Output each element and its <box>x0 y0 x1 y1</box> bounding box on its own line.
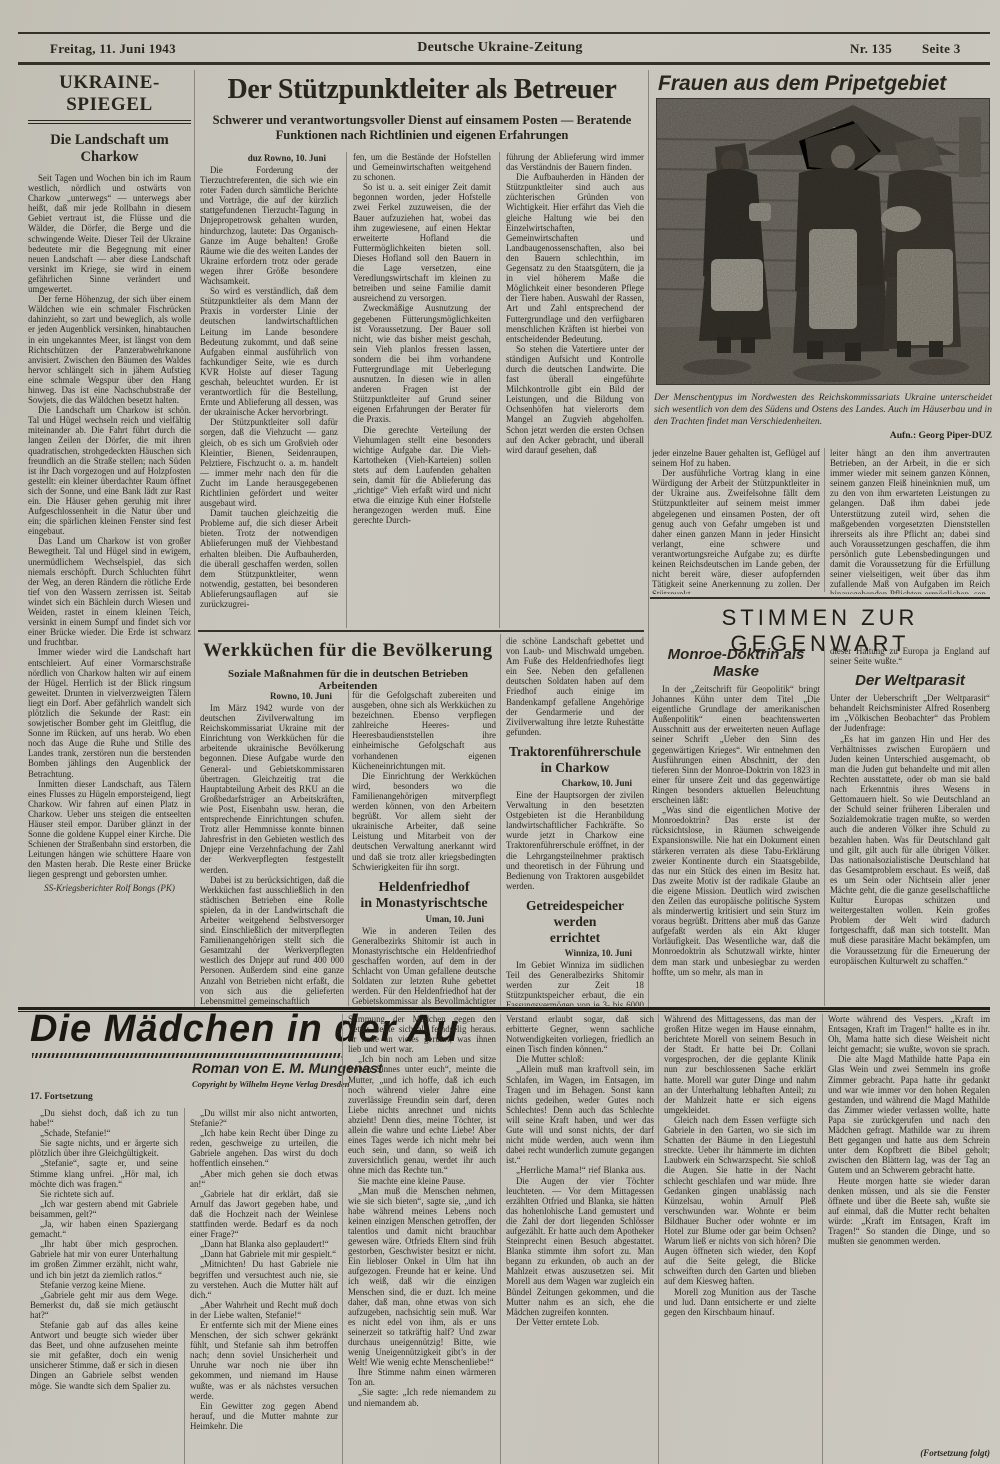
helden-text: Wie in anderen Teilen des Generalbezirks… <box>352 926 496 1006</box>
roman-col-1: „Du siehst doch, daß ich zu tun habe!“„S… <box>30 1108 178 1464</box>
paragraph: „Ich bin noch am Leben und sitze frohen … <box>348 1054 496 1175</box>
parasit-lead-end: dieser Haltung zu Europa ja England auf … <box>830 646 990 666</box>
roman-rule-5 <box>822 1014 823 1464</box>
spiegel-signature: SS-Kriegsberichter Rolf Bongs (PK) <box>28 883 191 893</box>
paragraph: Die alte Magd Mathilde hatte Papa ein Gl… <box>828 1054 990 1175</box>
paragraph: die schöne Landschaft gebettet und von L… <box>506 636 644 737</box>
lead-col-rule-2 <box>499 152 500 628</box>
lead-headline: Der Stützpunktleiter als Betreuer <box>200 74 644 106</box>
section-title: UKRAINE-SPIEGEL <box>28 72 191 124</box>
roman-col6-text: Worte während des Vespers. „Kraft im Ent… <box>828 1014 990 1246</box>
paragraph: „Du siehst doch, daß ich zu tun habe!“ <box>30 1108 178 1128</box>
pripet-caption: Der Menschentypus im Nordwesten des Reic… <box>654 392 992 428</box>
paragraph: Die Forderung der Tierzuchtreferenten, d… <box>200 165 338 286</box>
paragraph: Wie in anderen Teilen des Generalbezirks… <box>352 926 496 1006</box>
paragraph: „Gabriele geht mir aus dem Wege. Bemerks… <box>30 1290 178 1320</box>
paragraph: leiter hängt an den ihm anvertrauten Bet… <box>830 448 990 594</box>
paragraph: Worte während des Vespers. „Kraft im Ent… <box>828 1014 990 1054</box>
paragraph: Verstand erlaubt sogar, daß sich erbitte… <box>506 1014 654 1054</box>
stimmen-top-rule <box>650 597 990 599</box>
paragraph: „Man muß die Menschen nehmen, wie sie si… <box>348 1186 496 1368</box>
paragraph: Zweckmäßige Ausnutzung der gegebenen Füt… <box>353 303 491 424</box>
lead-col2-text: fen, um die Bestände der Hofstellen und … <box>353 152 491 525</box>
paragraph: „Herrliche Mama!“ rief Blanka aus. <box>506 1165 654 1175</box>
roman-rule-1 <box>184 1108 185 1464</box>
getreide-dateline: Winniza, 10. Juni <box>506 948 644 958</box>
masthead-top-rule <box>18 32 990 34</box>
paragraph: Stefanie verzog keine Miene. <box>30 1280 178 1290</box>
paragraph: So wird es verständlich, daß dem Stützpu… <box>200 286 338 417</box>
paragraph: „Stefanie“, sagte er, und seine Stimme k… <box>30 1158 178 1188</box>
roman-col3-text: Stimmung der Mädchen gegen den Vetter st… <box>348 1014 496 1408</box>
paragraph: Die Einrichtung der Werkküchen wird, bes… <box>352 771 496 872</box>
paragraph: Die Aufbauherden in Händen der Stützpunk… <box>506 172 644 344</box>
werk-top-rule <box>198 630 644 632</box>
paragraph: Sie machte eine kleine Pause. <box>348 1176 496 1186</box>
masthead-paper-title: Deutsche Ukraine-Zeitung <box>380 40 620 56</box>
newspaper-page: { "masthead": { "date": "Freitag, 11. Ju… <box>0 0 1000 1464</box>
roman-col1-text: „Du siehst doch, daß ich zu tun habe!“„S… <box>30 1108 178 1391</box>
paragraph: Im Gebiet Winniza im südlichen Teil des … <box>506 960 644 1006</box>
paragraph: Unter der Ueberschrift „Der Weltparasit“… <box>830 693 990 733</box>
paragraph: Stefanie gab auf das alles keine Antwort… <box>30 1320 178 1391</box>
paragraph: „Ich habe kein Recht über Dinge zu reden… <box>190 1128 338 1168</box>
paragraph: Die Augen der vier Töchter leuchteten. —… <box>506 1176 654 1317</box>
paragraph: Damit tauchen gleichzeitig die Probleme … <box>200 508 338 609</box>
lead-col-rule-1 <box>346 152 347 628</box>
paragraph: In der „Zeitschrift für Geopolitik“ brin… <box>652 684 820 805</box>
lead-col-5: leiter hängt an den ihm anvertrauten Bet… <box>830 448 990 594</box>
paragraph: „Was sind die eigentlichen Motive der Mo… <box>652 805 820 977</box>
traktoren-title-2: in Charkow <box>506 760 644 776</box>
paragraph: „Dann hat Blanka also geplaudert!“ <box>190 1239 338 1249</box>
parasit-text: Unter der Ueberschrift „Der Weltparasit“… <box>830 693 990 966</box>
lead-col-3: führung der Ablieferung wird immer das V… <box>506 152 644 628</box>
parasit-title: Der Weltparasit <box>830 672 990 689</box>
paragraph: Heute morgen hatte sie wieder daran denk… <box>828 1176 990 1247</box>
paragraph: „Ich war gestern abend mit Gabriele beis… <box>30 1199 178 1219</box>
pripet-credit: Aufn.: Georg Piper-DUZ <box>654 430 992 441</box>
masthead-bottom-rule <box>18 62 990 65</box>
werk-col2-text: für die Gefolgschaft zubereiten und ausg… <box>352 690 496 872</box>
lead-col-rule-3 <box>824 448 825 592</box>
paragraph: Das Land um Charkow ist von großer Beweg… <box>28 536 191 647</box>
stimmen-col-left: Monroe-Doktrin als Maske In der „Zeitsch… <box>652 646 820 1006</box>
roman-title-underline <box>32 1053 342 1058</box>
lead-subhead-2: Funktionen nach Richtlinien und eigenen … <box>200 128 644 143</box>
paragraph: für die Gefolgschaft zubereiten und ausg… <box>352 690 496 771</box>
paragraph: Im März 1942 wurde von der deutschen Ziv… <box>200 703 344 875</box>
spiegel-article-title: Die Landschaft um Charkow <box>28 132 191 166</box>
roman-col4-text: Verstand erlaubt sogar, daß sich erbitte… <box>506 1014 654 1327</box>
lead-col3-text: führung der Ablieferung wird immer das V… <box>506 152 644 455</box>
werk-col-1: Rowno, 10. Juni Im März 1942 wurde von d… <box>200 690 344 1006</box>
roman-col-5: Während des Mittagessens, das man der gr… <box>664 1014 816 1464</box>
paragraph: Eine der Hauptsorgen der zivilen Verwalt… <box>506 790 644 891</box>
paragraph: „Gabriele hat dir erklärt, daß sie Arnul… <box>190 1189 338 1239</box>
paragraph: So stehen die Vatertiere unter der ständ… <box>506 344 644 455</box>
column-rule-2 <box>648 70 649 1008</box>
pripet-headline: Frauen aus dem Pripetgebiet <box>658 72 946 96</box>
paragraph: „Es hat im ganzen Hin und Her des Verhäl… <box>830 734 990 966</box>
roman-rule-3 <box>500 1014 501 1464</box>
roman-col-2: „Du willst mir also nicht antworten, Ste… <box>190 1108 338 1464</box>
paragraph: Ihre Stimme nahm einen wärmeren Ton an. <box>348 1367 496 1387</box>
stimmen-col-rule <box>824 646 825 1006</box>
getreide-text: Im Gebiet Winniza im südlichen Teil des … <box>506 960 644 1006</box>
paragraph: So ist u. a. seit einiger Zeit damit beg… <box>353 182 491 303</box>
werk-col-rule-1 <box>348 690 349 1006</box>
paragraph: „Aber mich gehen sie doch etwas an!“ <box>190 1169 338 1189</box>
helden-continuation: die schöne Landschaft gebettet und von L… <box>506 636 644 737</box>
werk-col-rule-2 <box>500 634 501 1006</box>
paragraph: Die Mutter schloß: <box>506 1054 654 1064</box>
paragraph: Ein Gewitter zog gegen Abend herauf, und… <box>190 1401 338 1431</box>
werk-col-2: für die Gefolgschaft zubereiten und ausg… <box>352 690 496 1006</box>
paragraph: Dabei ist zu berücksichtigen, daß die We… <box>200 875 344 1006</box>
helden-dateline: Uman, 10. Juni <box>352 914 496 924</box>
traktoren-text: Eine der Hauptsorgen der zivilen Verwalt… <box>506 790 644 891</box>
paragraph: jeder einzelne Bauer gehalten ist, Geflü… <box>652 448 820 468</box>
paragraph: Seit Tagen und Wochen bin ich im Raum we… <box>28 173 191 294</box>
paragraph: Immer wieder wird die Landschaft hart en… <box>28 647 191 778</box>
lead-subhead-1: Schwerer und verantwortungsvoller Dienst… <box>200 113 644 128</box>
lead-col-1: duz Rowno, 10. Juni Die Forderung der Ti… <box>200 152 338 628</box>
paragraph: „Ihr habt über mich gesprochen. Gabriele… <box>30 1239 178 1279</box>
roman-col-6: Worte während des Vespers. „Kraft im Ent… <box>828 1014 990 1446</box>
roman-rule-2 <box>342 1014 343 1464</box>
paragraph: „Du willst mir also nicht antworten, Ste… <box>190 1108 338 1128</box>
lead-dateline: duz Rowno, 10. Juni <box>200 153 338 163</box>
traktoren-title-1: Traktorenführerschule <box>506 744 644 760</box>
paragraph: Sie sagte nichts, und er ärgerte sich pl… <box>30 1138 178 1158</box>
werk-col1-text: Im März 1942 wurde von der deutschen Ziv… <box>200 703 344 1006</box>
werk-subhead: Soziale Maßnahmen für die in deutschen B… <box>198 668 498 692</box>
paragraph: Stimmung der Mädchen gegen den Vetter st… <box>348 1014 496 1054</box>
paragraph: Gleich nach dem Essen verfügte sich Gabr… <box>664 1115 816 1287</box>
roman-to-be-continued: (Fortsetzung folgt) <box>828 1448 990 1458</box>
pripet-photo <box>656 98 990 385</box>
masthead-issue: Nr. 135 <box>850 41 892 57</box>
werk-headline: Werkküchen für die Bevölkerung <box>198 640 498 662</box>
paragraph: „Aber Wahrheit und Recht muß doch in der… <box>190 1300 338 1320</box>
paragraph: führung der Ablieferung wird immer das V… <box>506 152 644 172</box>
paragraph: Die gerechte Verteilung der Viehumlagen … <box>353 425 491 526</box>
helden-title-1: Heldenfriedhof <box>352 880 496 896</box>
helden-title-2: in Monastyrischtsche <box>352 896 496 912</box>
getreide-title-2: errichtet <box>506 930 644 946</box>
roman-rule-4 <box>658 1014 659 1464</box>
masthead-page-number: Seite 3 <box>922 41 961 57</box>
roman-col-4: Verstand erlaubt sogar, daß sich erbitte… <box>506 1014 654 1464</box>
paragraph: „Mitnichten! Du hast Gabriele nie begrif… <box>190 1259 338 1299</box>
spiegel-body: Seit Tagen und Wochen bin ich im Raum we… <box>28 173 191 880</box>
roman-part-label: 17. Fortsetzung <box>30 1092 93 1102</box>
traktoren-dateline: Charkow, 10. Juni <box>506 778 644 788</box>
masthead-date: Freitag, 11. Juni 1943 <box>50 41 176 57</box>
lead-col1-text: Die Forderung der Tierzuchtreferenten, d… <box>200 165 338 609</box>
stimmen-col-right: dieser Haltung zu Europa ja England auf … <box>830 646 990 1006</box>
paragraph: Sie richtete sich auf. <box>30 1189 178 1199</box>
paragraph: Der ferne Höhenzug, der sich über einem … <box>28 294 191 405</box>
pripet-photo-image <box>657 99 989 384</box>
lead-col-4: jeder einzelne Bauer gehalten ist, Geflü… <box>652 448 820 594</box>
roman-col2-text: „Du willst mir also nicht antworten, Ste… <box>190 1108 338 1431</box>
roman-col-3: Stimmung der Mädchen gegen den Vetter st… <box>348 1014 496 1464</box>
paragraph: „Dann hat Gabriele mit mir gespielt.“ <box>190 1249 338 1259</box>
paragraph: Die Landschaft um Charkow ist schön. Tal… <box>28 405 191 536</box>
paragraph: „Ja, wir haben einen Spaziergang gemacht… <box>30 1219 178 1239</box>
getreide-title-1: Getreidespeicher werden <box>506 898 644 930</box>
paragraph: „Allein muß man kraftvoll sein, im Schla… <box>506 1064 654 1165</box>
paragraph: Er entfernte sich mit der Miene eines Me… <box>190 1320 338 1401</box>
paragraph: „Schade, Stefanie!“ <box>30 1128 178 1138</box>
paragraph: fen, um die Bestände der Hofstellen und … <box>353 152 491 182</box>
photo-grain <box>657 99 989 384</box>
paragraph: Der Vetter erntete Lob. <box>506 1317 654 1327</box>
ukraine-spiegel-column: UKRAINE-SPIEGEL Die Landschaft um Charko… <box>28 72 191 1008</box>
lead-col4-text: jeder einzelne Bauer gehalten ist, Geflü… <box>652 448 820 594</box>
roman-col5-text: Während des Mittagessens, das man der gr… <box>664 1014 816 1317</box>
column-rule-1 <box>194 70 195 1008</box>
monroe-title: Monroe-Doktrin als Maske <box>652 646 820 680</box>
paragraph: Während des Mittagessens, das man der gr… <box>664 1014 816 1115</box>
paragraph: Der ausführliche Vortrag klang in eine W… <box>652 468 820 594</box>
paragraph: Der Stützpunktleiter soll dafür sorgen, … <box>200 417 338 508</box>
paragraph: Morell zog Munition aus der Tasche und l… <box>664 1287 816 1317</box>
paragraph: „Sie sagte: „Ich rede niemandem zu und n… <box>348 1387 496 1407</box>
lead-col-2: fen, um die Bestände der Hofstellen und … <box>353 152 491 628</box>
monroe-text: In der „Zeitschrift für Geopolitik“ brin… <box>652 684 820 977</box>
lead-col5-text: leiter hängt an den ihm anvertrauten Bet… <box>830 448 990 594</box>
werk-col-3: die schöne Landschaft gebettet und von L… <box>506 636 644 1006</box>
werk-dateline: Rowno, 10. Juni <box>200 691 344 701</box>
paragraph: Inmitten dieser Landschaft, aus Tälern e… <box>28 779 191 880</box>
